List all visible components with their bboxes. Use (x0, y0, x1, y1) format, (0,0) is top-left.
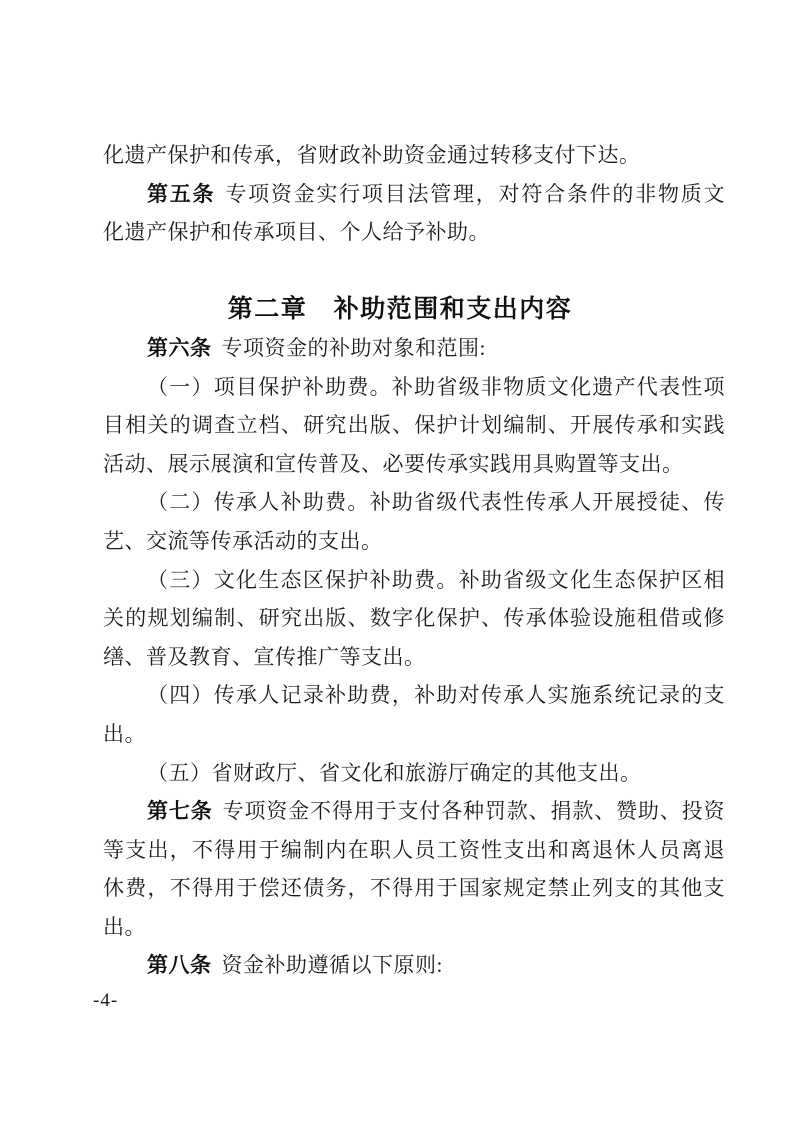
line-text: 目相关的调查立档、研究出版、保护计划编制、开展传承和实践 (103, 413, 725, 437)
line-text: 专项资金不得用于支付各种罚款、捐款、赞助、投资 (223, 799, 725, 823)
chapter-heading: 第二章 补助范围和支出内容 (89, 290, 711, 329)
document-body: 化遗产保护和传承，省财政补助资金通过转移支付下达。第五条专项资金实行项目法管理，… (103, 136, 725, 985)
line-text: 艺、交流等传承活动的支出。 (103, 529, 383, 553)
text-line: 缮、普及教育、宣传推广等支出。 (103, 638, 725, 677)
text-line: 关的规划编制、研究出版、数字化保护、传承体验设施租借或修 (103, 599, 725, 638)
document-page: 化遗产保护和传承，省财政补助资金通过转移支付下达。第五条专项资金实行项目法管理，… (0, 0, 793, 1122)
line-text: 缮、普及教育、宣传推广等支出。 (103, 645, 426, 669)
text-line: 第六条专项资金的补助对象和范围: (103, 329, 725, 368)
text-line: （一）项目保护补助费。补助省级非物质文化遗产代表性项 (103, 368, 725, 407)
article-number: 第六条 (147, 336, 212, 360)
text-line: 第五条专项资金实行项目法管理，对符合条件的非物质文 (103, 175, 725, 214)
line-text: 专项资金的补助对象和范围: (222, 336, 486, 360)
text-line: （五）省财政厅、省文化和旅游厅确定的其他支出。 (103, 754, 725, 793)
line-text: 关的规划编制、研究出版、数字化保护、传承体验设施租借或修 (103, 606, 725, 630)
line-text: 化遗产保护和传承，省财政补助资金通过转移支付下达。 (103, 143, 641, 167)
line-text: （四）传承人记录补助费，补助对传承人实施系统记录的支 (147, 683, 725, 707)
line-text: （二）传承人补助费。补助省级代表性传承人开展授徒、传 (147, 490, 725, 514)
article-number: 第五条 (147, 182, 215, 206)
text-line: 休费，不得用于偿还债务，不得用于国家规定禁止列支的其他支 (103, 869, 725, 908)
text-line: （二）传承人补助费。补助省级代表性传承人开展授徒、传 (103, 483, 725, 522)
line-text: 出。 (103, 722, 146, 746)
text-line: 第八条资金补助遵循以下原则: (103, 946, 725, 985)
line-text: 出。 (103, 915, 146, 939)
text-line: 第七条专项资金不得用于支付各种罚款、捐款、赞助、投资 (103, 792, 725, 831)
text-line: 艺、交流等传承活动的支出。 (103, 522, 725, 561)
line-text: （三）文化生态区保护补助费。补助省级文化生态保护区相 (147, 568, 725, 592)
text-line: （四）传承人记录补助费，补助对传承人实施系统记录的支 (103, 676, 725, 715)
line-text: 等支出，不得用于编制内在职人员工资性支出和离退休人员离退 (103, 838, 725, 862)
line-text: （一）项目保护补助费。补助省级非物质文化遗产代表性项 (147, 375, 725, 399)
text-line: 化遗产保护和传承项目、个人给予补助。 (103, 213, 725, 252)
article-number: 第七条 (147, 799, 213, 823)
text-line: （三）文化生态区保护补助费。补助省级文化生态保护区相 (103, 561, 725, 600)
line-text: 休费，不得用于偿还债务，不得用于国家规定禁止列支的其他支 (103, 876, 725, 900)
line-text: （五）省财政厅、省文化和旅游厅确定的其他支出。 (147, 761, 642, 785)
text-line: 等支出，不得用于编制内在职人员工资性支出和离退休人员离退 (103, 831, 725, 870)
text-line: 目相关的调查立档、研究出版、保护计划编制、开展传承和实践 (103, 406, 725, 445)
blank-line (103, 252, 725, 291)
line-text: 资金补助遵循以下原则: (222, 953, 443, 977)
line-text: 专项资金实行项目法管理，对符合条件的非物质文 (225, 182, 725, 206)
text-line: 出。 (103, 715, 725, 754)
text-line: 化遗产保护和传承，省财政补助资金通过转移支付下达。 (103, 136, 725, 175)
text-line: 出。 (103, 908, 725, 947)
article-number: 第八条 (147, 953, 212, 977)
text-line: 活动、展示展演和宣传普及、必要传承实践用具购置等支出。 (103, 445, 725, 484)
line-text: 化遗产保护和传承项目、个人给予补助。 (103, 220, 490, 244)
line-text: 活动、展示展演和宣传普及、必要传承实践用具购置等支出。 (103, 452, 684, 476)
page-number: -4- (93, 990, 118, 1012)
